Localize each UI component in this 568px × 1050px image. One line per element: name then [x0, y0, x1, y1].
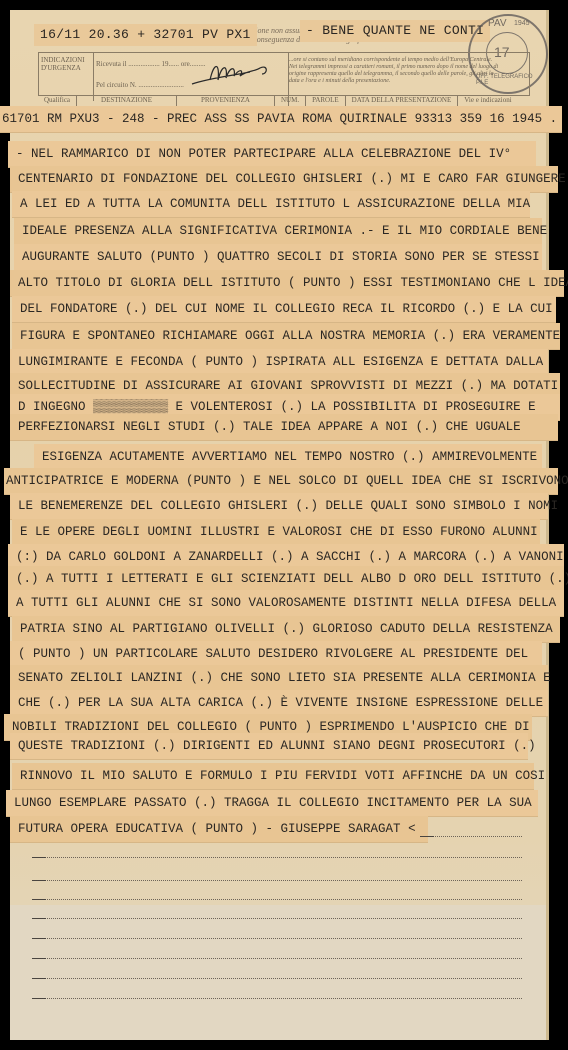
form-columns-row: Qualifica DESTINAZIONE PROVENIENZA NUM. … — [38, 96, 528, 106]
body-line: ( PUNTO ) UN PARTICOLARE SALUTO DESIDERO… — [10, 641, 542, 667]
body-line: IDEALE PRESENZA ALLA SIGNIFICATIVA CERIM… — [14, 218, 542, 244]
ruled-line — [32, 978, 522, 979]
overlay-strip: - BENE QUANTE NE CONTI — [300, 20, 490, 42]
column-parole: PAROLE — [306, 96, 346, 106]
body-line: AUGURANTE SALUTO (PUNTO ) QUATTRO SECOLI… — [14, 244, 542, 270]
body-line: PERFEZIONARSI NEGLI STUDI (.) TALE IDEA … — [10, 414, 558, 440]
ruled-line — [32, 938, 522, 939]
body-line: CHE (.) PER LA SUA ALTA CARICA (.) È VIV… — [10, 690, 548, 716]
body-line: RINNOVO IL MIO SALUTO E FORMULO I PIU FE… — [12, 763, 534, 789]
urgency-cell: INDICAZIONI D'URGENZA — [39, 53, 94, 101]
body-line: FIGURA E SPONTANEO RICHIAMARE OGGI ALLA … — [12, 323, 560, 349]
ruled-line — [32, 918, 522, 919]
body-line: ALTO TITOLO DI GLORIA DELL ISTITUTO ( PU… — [10, 270, 564, 296]
body-line-text-redacted: D INGEGNO ▒▒▒▒▒▒▒▒▒▒ E VOLENTEROSI (.) L… — [18, 400, 536, 414]
column-destinazione: DESTINAZIONE — [77, 96, 177, 106]
body-line: ANTICIPATRICE E MODERNA (PUNTO ) E NEL S… — [4, 468, 558, 494]
body-line: PATRIA SINO AL PARTIGIANO OLIVELLI (.) G… — [12, 616, 560, 642]
ruled-line — [32, 880, 522, 881]
ruled-line — [32, 958, 522, 959]
body-line: DEL FONDATORE (.) DEL CUI NOME IL COLLEG… — [12, 296, 556, 322]
stamp-year: 1945 — [514, 20, 530, 27]
body-line: A LEI ED A TUTTA LA COMUNITA DELL ISTITU… — [12, 191, 530, 217]
column-num: NUM. — [275, 96, 306, 106]
body-line: LUNGO ESEMPLARE PASSATO (.) TRAGGA IL CO… — [6, 790, 538, 816]
column-data: DATA DELLA PRESENTAZIONE — [346, 96, 459, 106]
body-line: E LE OPERE DEGLI UOMINI ILLUSTRI E VALOR… — [12, 519, 540, 545]
ruled-line — [420, 836, 522, 837]
body-line: QUESTE TRADIZIONI (.) DIRIGENTI ED ALUNN… — [10, 733, 528, 759]
ruled-line — [32, 998, 522, 999]
address-strip: 61701 RM PXU3 - 248 - PREC ASS SS PAVIA … — [0, 106, 562, 132]
ruled-line — [32, 899, 522, 900]
handwritten-signature-icon — [190, 58, 270, 88]
body-line: (.) A TUTTI I LETTERATI E GLI SCIENZIATI… — [8, 566, 564, 592]
column-provenienza: PROVENIENZA — [177, 96, 275, 106]
transmission-strip: 16/11 20.36 + 32701 PV PX1 — [34, 24, 257, 46]
body-line: - NEL RAMMARICO DI NON POTER PARTECIPARE… — [8, 141, 536, 167]
column-vie: Vie e indicazioni — [458, 96, 517, 106]
stamp-city: PAV — [488, 18, 507, 29]
telegram-lower-paper — [10, 905, 546, 1040]
body-line: ESIGENZA ACUTAMENTE AVVERTIAMO NEL TEMPO… — [34, 444, 542, 470]
body-line: LE BENEMERENZE DEL COLLEGIO GHISLERI (.)… — [10, 493, 548, 519]
ruled-line — [32, 857, 522, 858]
body-line: LUNGIMIRANTE E FECONDA ( PUNTO ) ISPIRAT… — [10, 349, 548, 375]
body-line: SENATO ZELIOLI LANZINI (.) CHE SONO LIET… — [10, 665, 548, 691]
column-qualifica: Qualifica — [38, 96, 77, 106]
signature-line: FUTURA OPERA EDUCATIVA ( PUNTO ) - GIUSE… — [10, 816, 428, 842]
telegram-form-header: INDICAZIONI D'URGENZA Ricevuta il ......… — [38, 52, 530, 96]
body-line: CENTENARIO DI FONDAZIONE DEL COLLEGIO GH… — [10, 166, 558, 192]
body-line: A TUTTI GLI ALUNNI CHE SI SONO VALOROSAM… — [8, 590, 564, 616]
